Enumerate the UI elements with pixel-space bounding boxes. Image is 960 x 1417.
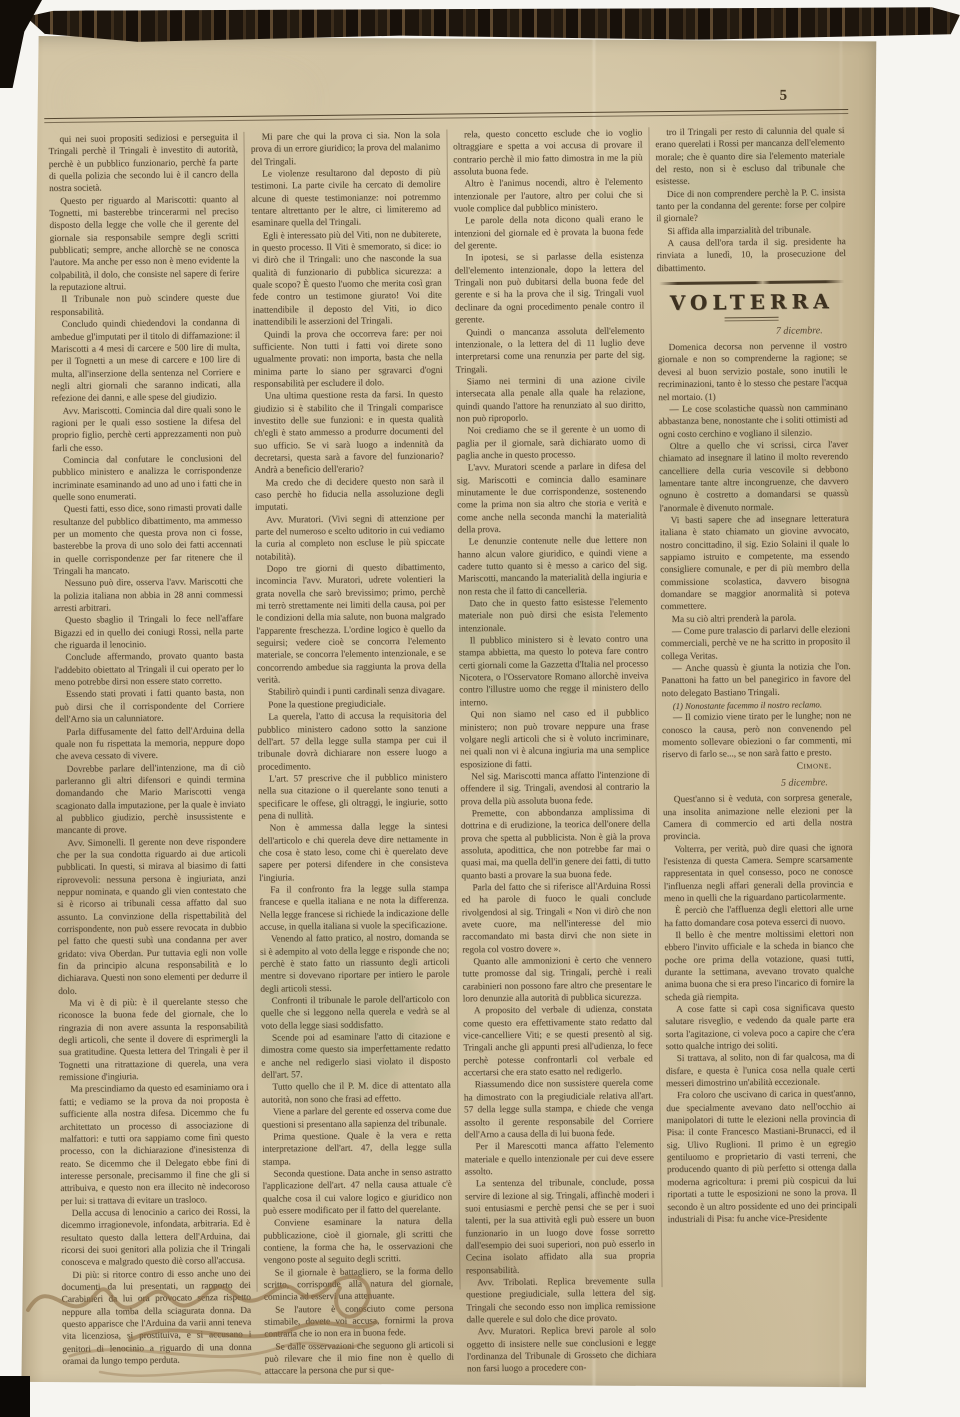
- section-divider-rule: [659, 280, 844, 285]
- volterra-paragraph: — Come pure tralascio di parlarvi delle …: [661, 624, 851, 663]
- volterra-paragraph: — Anche quassù è giunta la notizia che l…: [661, 661, 851, 700]
- article-paragraph: Avv. Tribolati. Replica brevemente sulla…: [466, 1275, 656, 1327]
- volterra-paragraph: — Il comizio viene tirato per le lunghe;…: [662, 710, 852, 762]
- article-paragraph: qui nei suoi propositi sediziosi e perse…: [48, 132, 238, 196]
- article-paragraph: Ma prescindiamo da questo ed esaminiamo …: [59, 1082, 250, 1208]
- article-paragraph: Nel sig. Mariscotti manca affatto l'inte…: [460, 769, 650, 808]
- entry-dateline: 5 dicembre.: [663, 777, 828, 791]
- article-paragraph: Quindi la prova che occorreva fare: per …: [253, 327, 443, 391]
- article-paragraph: Concludo quindi chiedendovi la condanna …: [51, 317, 241, 406]
- article-paragraph: Quanto alle ammonizioni è certo che venn…: [462, 954, 652, 1006]
- column-3: rela, questo concetto esclude che io vog…: [446, 127, 661, 1289]
- article-paragraph: Avv. Simonelli. Il gerente non deve risp…: [56, 835, 247, 998]
- article-paragraph: Tutto quello che il P. M. dice di attent…: [261, 1080, 451, 1107]
- article-paragraph: Avv. Muratori. Replica brevi parole al s…: [466, 1325, 656, 1377]
- volterra-paragraph: Oltre a quello che vi scrissi, circa l'a…: [659, 439, 849, 515]
- header-rule: [44, 109, 848, 123]
- article-paragraph: Mi pare che qui la prova ci sia. Non la …: [251, 130, 441, 169]
- column-4-lead: tro il Tringali per resto di calunnia de…: [655, 125, 846, 275]
- article-paragraph: rela, questo concetto esclude che io vog…: [453, 127, 643, 179]
- article-paragraph: Ma credo che di decidere questo non sarà…: [255, 475, 445, 514]
- article-paragraph: L'avv. Muratori scende a parlare in dife…: [457, 461, 647, 537]
- article-paragraph: La querela, l'atto di accusa la requisit…: [257, 710, 447, 774]
- article-paragraph: Confronti il tribunale le parole dell'ar…: [260, 994, 450, 1033]
- article-paragraph: Altro è l'animus nocendi, altro è l'elem…: [453, 177, 643, 216]
- article-paragraph: Siamo nei termini di una azione civile i…: [456, 374, 646, 426]
- article-paragraph: Questo per riguardo al Mariscotti: quant…: [49, 194, 239, 295]
- volterra-paragraph: Si trattava, al solito, non di far qualc…: [666, 1051, 856, 1090]
- article-paragraph: Parla diffusamente del fatto dell'Arduin…: [55, 724, 245, 763]
- article-paragraph: Qui non siamo nel caso ed il pubblico mi…: [459, 707, 649, 771]
- article-paragraph: Le violenze resultarono dal deposto di p…: [251, 167, 441, 231]
- handwritten-ink-inscription: [10, 1244, 480, 1384]
- section-underline-rule: [725, 317, 779, 322]
- article-paragraph: Per il Marescotti manca affatto l'elemen…: [464, 1139, 654, 1178]
- volterra-entry: 7 dicembre.Domenica decorsa non pervenne…: [657, 325, 851, 774]
- article-paragraph: A causa dell'ora tarda il sig. president…: [656, 236, 846, 275]
- article-paragraph: Dopo tre giorni di questo dibattimento, …: [256, 562, 447, 688]
- article-paragraph: Le denunzie contenute nelle due lettere …: [458, 535, 648, 599]
- article-paragraph: Scende poi ad esaminare l'atto di citazi…: [261, 1031, 451, 1083]
- page-content: 5 qui nei suoi propositi sediziosi e per…: [42, 89, 864, 1338]
- page-number: 5: [779, 88, 788, 104]
- article-paragraph: Essendo stati provati i fatti quanto bas…: [55, 687, 245, 726]
- article-paragraph: Una ultima questione resta da farsi. In …: [254, 389, 444, 478]
- article-paragraph: Ma vi è di più: è il querelante stesso c…: [58, 996, 248, 1085]
- article-paragraph: L'art. 57 prescrive che il pubblico mini…: [258, 771, 448, 823]
- volterra-entry: 5 dicembre.Quest'anno si è veduta, con s…: [663, 777, 857, 1226]
- scanned-newspaper-page: { "page": { "number": "5" }, "article_co…: [0, 0, 960, 1417]
- section-title: VOLTERRA: [657, 290, 846, 314]
- article-paragraph: Venendo al fatto pratico, al nostro, dom…: [260, 932, 450, 996]
- article-paragraph: Stabilirò quindi i punti cardinali senza…: [257, 685, 446, 699]
- article-paragraph: Avv. Muratori. (Vivi segni di attenzione…: [255, 512, 445, 564]
- column-4: tro il Tringali per resto di calunnia de…: [648, 125, 863, 1287]
- article-paragraph: Fa il confronto fra la legge sulla stamp…: [259, 883, 449, 935]
- volterra-paragraph: Vi basti sapere che ad insegnare lettera…: [660, 513, 850, 614]
- article-paragraph: Egli è interessato più del Viti, non ne …: [252, 228, 442, 329]
- article-columns: qui nei suoi propositi sediziosi e perse…: [42, 125, 863, 1294]
- article-paragraph: La sentenza del tribunale, conclude, pos…: [465, 1176, 655, 1277]
- article-paragraph: Quindi o mancanza assoluta dell'elemento…: [455, 325, 645, 377]
- newspaper-page: 5 qui nei suoi propositi sediziosi e per…: [18, 36, 878, 1390]
- article-paragraph: Premette, con abbondanza amplissima di d…: [461, 806, 651, 882]
- article-paragraph: Il Tribunale non può scindere queste due…: [50, 292, 240, 319]
- article-paragraph: Riassumendo dice non sussistere querela …: [464, 1078, 654, 1142]
- volterra-paragraph: È perciò che l'affluenza degli elettori …: [664, 903, 854, 930]
- article-paragraph: Parla del fatto che si riferisce all'Ard…: [461, 880, 651, 956]
- scan-corner-mark: [0, 0, 42, 88]
- article-paragraph: Non è ammessa dalla legge la sintesi del…: [259, 821, 449, 885]
- article-paragraph: Questo sbaglio il Tringali lo fece nell'…: [54, 613, 244, 652]
- article-paragraph: Avv. Mariscotti. Comincia dal dire quali…: [52, 403, 242, 455]
- volterra-paragraph: Quest'anno si è veduta, con sorpresa gen…: [663, 792, 853, 844]
- article-paragraph: Nessuno può dire, osserva l'avv. Marisco…: [53, 576, 243, 615]
- volterra-paragraph: Volterra, per verità, può dire quasi che…: [663, 842, 853, 906]
- article-paragraph: Dato che in questo fatto esistesse l'ele…: [458, 596, 648, 635]
- article-paragraph: Dice di non comprendere perchè la P. C. …: [656, 187, 846, 226]
- article-paragraph: Questi fatti, esso dice, sono rimasti pr…: [53, 502, 243, 578]
- entry-dateline: 7 dicembre.: [657, 325, 822, 339]
- article-paragraph: Viene a parlare del gerente ed osserva c…: [262, 1105, 452, 1132]
- article-paragraph: Prima questione. Quale è la vera e retta…: [262, 1129, 452, 1168]
- volterra-entries: 7 dicembre.Domenica decorsa non pervenne…: [657, 325, 856, 1226]
- volterra-paragraph: Fra coloro che uscivano di carica in que…: [666, 1088, 857, 1226]
- article-paragraph: Dovrebbe parlare dell'intenzione, ma di …: [56, 761, 246, 837]
- article-paragraph: Comincia dal confutare le conclusioni de…: [52, 453, 242, 505]
- column-2: Mi pare che qui la prova ci sia. Non la …: [244, 130, 459, 1292]
- scan-corner-mark-bottom: [0, 1376, 30, 1417]
- article-paragraph: Le parole della nota dicono quali erano …: [454, 214, 644, 253]
- book-binding-strip: [26, 5, 960, 44]
- correspondent-signature: Cimone.: [662, 760, 851, 774]
- article-paragraph: In ipotesi, se si parlasse della esisten…: [454, 251, 644, 327]
- column-1: qui nei suoi propositi sediziosi e perse…: [42, 132, 256, 1294]
- article-paragraph: Conclude affermando, provato quanto bast…: [54, 650, 244, 689]
- article-paragraph: Seconda questione. Data anche in senso a…: [262, 1166, 452, 1218]
- article-paragraph: tro il Tringali per resto di calunnia de…: [655, 125, 845, 189]
- volterra-section: VOLTERRA 7 dicembre.Domenica decorsa non…: [657, 280, 857, 1226]
- volterra-paragraph: — Le cose scolastiche quassù non cammina…: [658, 402, 848, 441]
- article-paragraph: A proposito del verbale di udienza, cons…: [463, 1004, 653, 1080]
- book-page-edges: [884, 22, 942, 1392]
- volterra-paragraph: Domenica decorsa non pervenne il vostro …: [658, 340, 848, 404]
- volterra-paragraph: A cose fatte si capì cosa significava qu…: [665, 1002, 855, 1054]
- article-paragraph: Noi crediamo che se il gerente è un uomo…: [456, 424, 646, 463]
- volterra-paragraph: Il bello è che mentre moltissimi elettor…: [664, 928, 854, 1004]
- article-paragraph: Il pubblico ministero si è levato contro…: [459, 633, 649, 709]
